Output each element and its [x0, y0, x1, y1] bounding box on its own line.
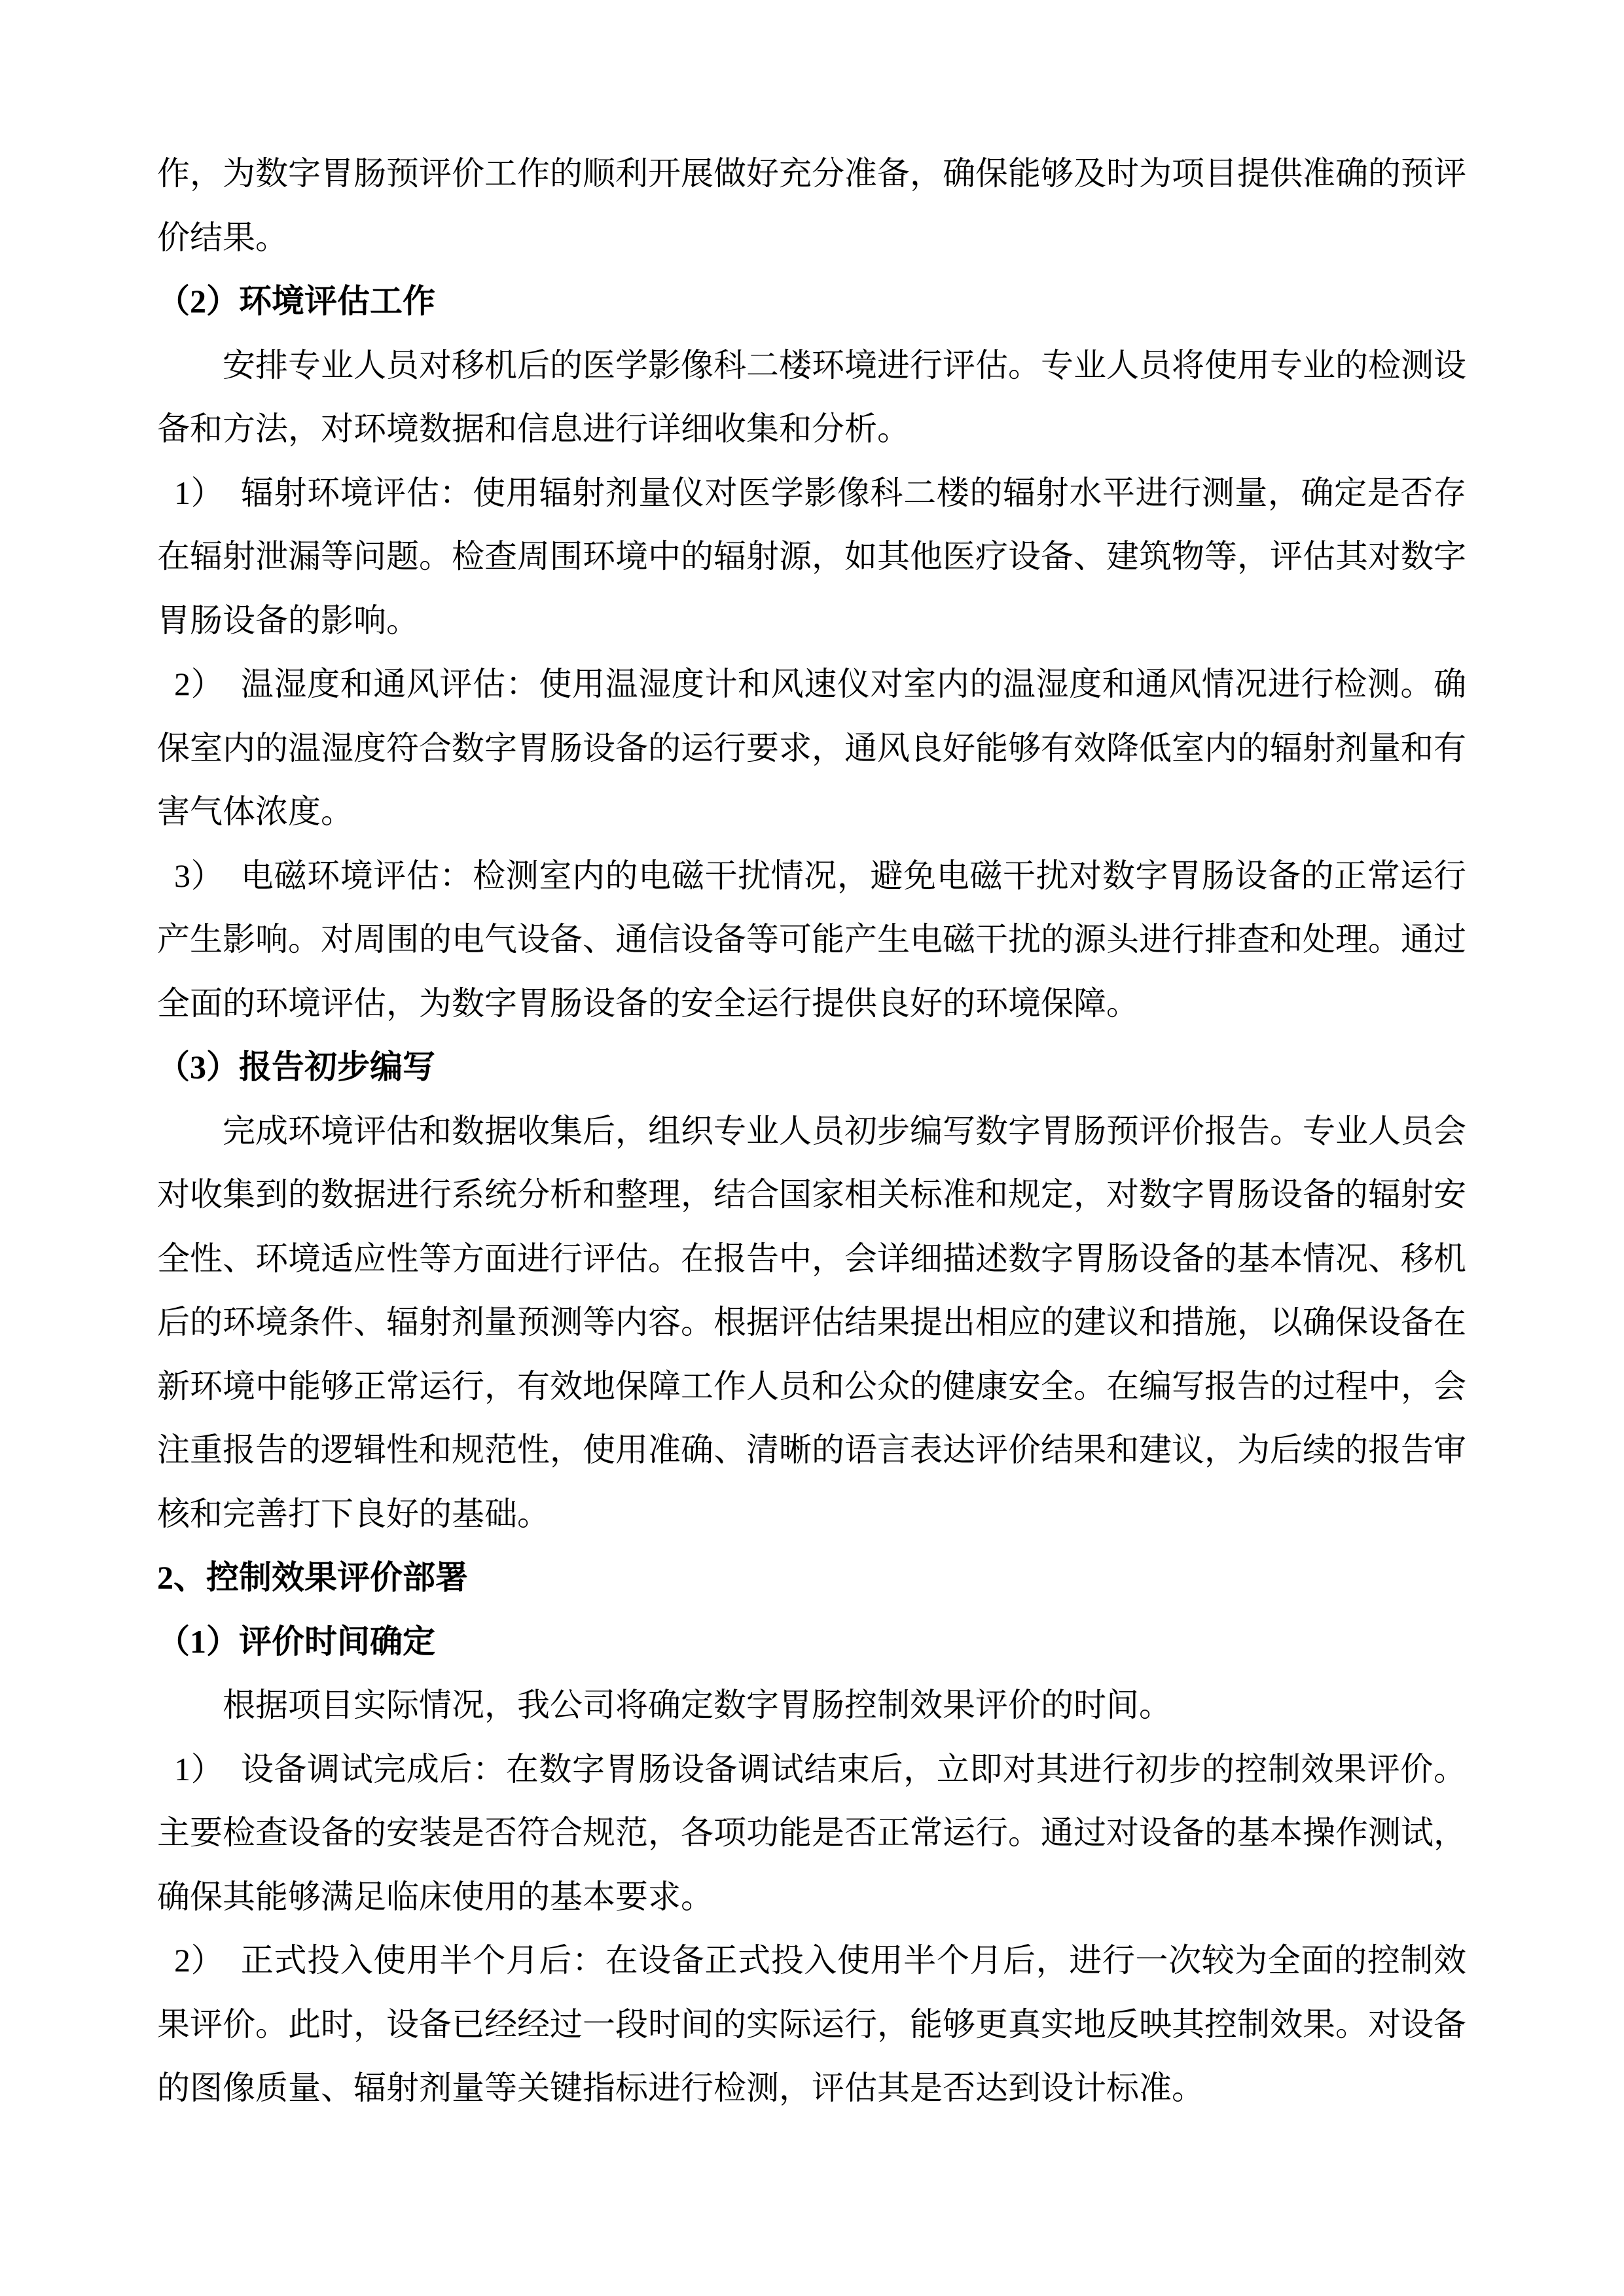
item-temperature-ventilation: 2） 温湿度和通风评估：使用温湿度计和风速仪对室内的温湿度和通风情况进行检测。确…	[157, 653, 1466, 844]
document-text-block: 作，为数字胃肠预评价工作的顺利开展做好充分准备，确保能够及时为项目提供准确的预评…	[157, 142, 1466, 2121]
document-page: 作，为数字胃肠预评价工作的顺利开展做好充分准备，确保能够及时为项目提供准确的预评…	[0, 0, 1624, 2296]
item-after-half-month-use: 2） 正式投入使用半个月后：在设备正式投入使用半个月后，进行一次较为全面的控制效…	[157, 1929, 1466, 2121]
paragraph-report-writing: 完成环境评估和数据收集后，组织专业人员初步编写数字胃肠预评价报告。专业人员会对收…	[157, 1100, 1466, 1547]
heading-control-effect-deployment: 2、控制效果评价部署	[157, 1546, 1466, 1610]
item-after-debugging: 1） 设备调试完成后：在数字胃肠设备调试结束后，立即对其进行初步的控制效果评价。…	[157, 1738, 1466, 1929]
item-radiation-assessment: 1） 辐射环境评估：使用辐射剂量仪对医学影像科二楼的辐射水平进行测量，确定是否存…	[157, 461, 1466, 653]
heading-evaluation-time: （1）评价时间确定	[157, 1610, 1466, 1674]
paragraph-evaluation-time: 根据项目实际情况，我公司将确定数字胃肠控制效果评价的时间。	[157, 1674, 1466, 1738]
paragraph-continuation: 作，为数字胃肠预评价工作的顺利开展做好充分准备，确保能够及时为项目提供准确的预评…	[157, 142, 1466, 270]
heading-environment-assessment: （2）环境评估工作	[157, 270, 1466, 334]
paragraph-env-arrangement: 安排专业人员对移机后的医学影像科二楼环境进行评估。专业人员将使用专业的检测设备和…	[157, 334, 1466, 461]
item-electromagnetic-assessment: 3） 电磁环境评估：检测室内的电磁干扰情况，避免电磁干扰对数字胃肠设备的正常运行…	[157, 844, 1466, 1036]
heading-report-drafting: （3）报告初步编写	[157, 1035, 1466, 1100]
